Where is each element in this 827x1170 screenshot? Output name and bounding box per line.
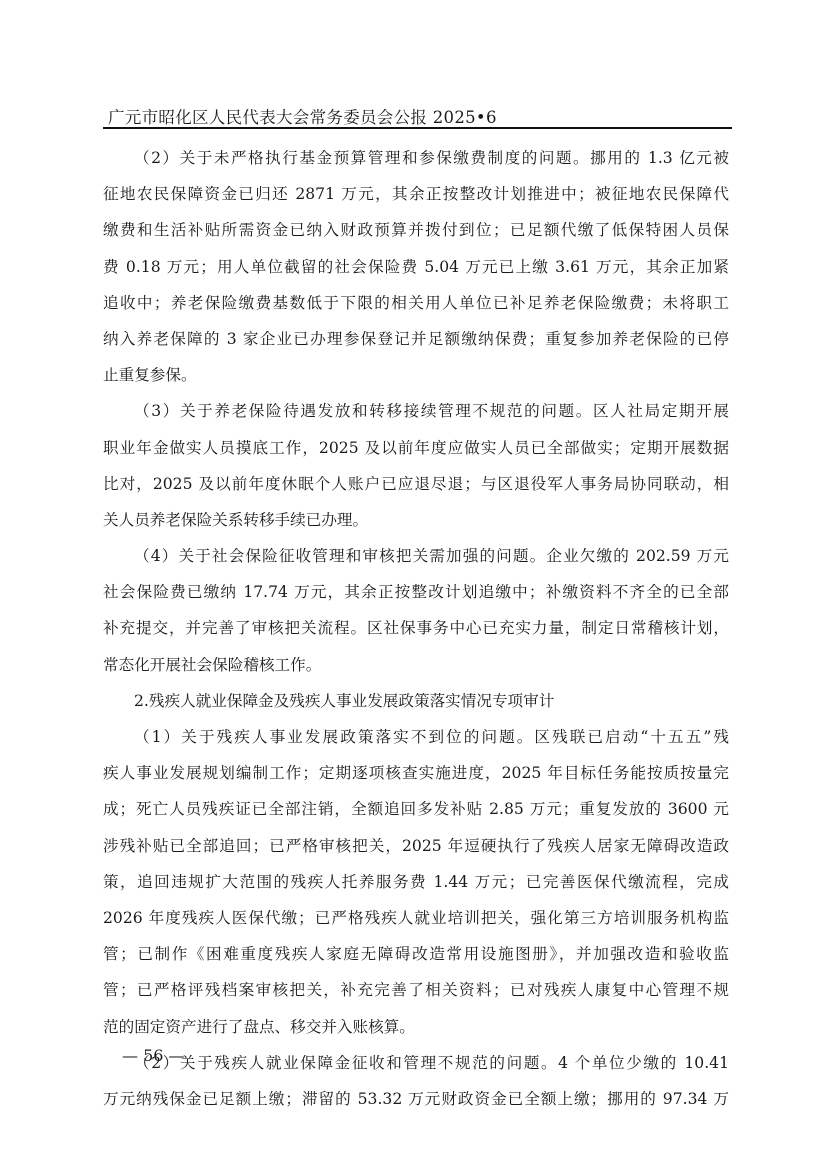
paragraph-disability-policy: （1）关于残疾人事业发展政策落实不到位的问题。区残联已启动“十五五”残 疾人事业… — [103, 719, 729, 1045]
text-line: 比对，2025 及以前年度休眠个人账户已应退尽退；与区退役军人事务局协同联动，相 — [103, 466, 729, 502]
text-line: （4）关于社会保险征收管理和审核把关需加强的问题。企业欠缴的 202.59 万元 — [103, 538, 729, 574]
text-line: 职业年金做实人员摸底工作，2025 及以前年度应做实人员已全部做实；定期开展数据 — [103, 430, 729, 466]
paragraph-pension-transfer: （3）关于养老保险待遇发放和转移接续管理不规范的问题。区人社局定期开展 职业年金… — [103, 393, 729, 538]
text-line: 涉残补贴已全部追回；已严格审核把关，2025 年逗硬执行了残疾人居家无障碍改造政 — [103, 828, 729, 864]
text-line: 常态化开展社会保险稽核工作。 — [103, 647, 729, 683]
text-line: 止重复参保。 — [103, 357, 729, 393]
text-line: 征地农民保障资金已归还 2871 万元，其余正按整改计划推进中；被征地农民保障代 — [103, 176, 729, 212]
text-line: 费 0.18 万元；用人单位截留的社会保险费 5.04 万元已上缴 3.61 万… — [103, 249, 729, 285]
page-number: — 56 — — [122, 1046, 185, 1065]
text-line: 策，追回违规扩大范围的残疾人托养服务费 1.44 万元；已完善医保代缴流程，完成 — [103, 864, 729, 900]
header-divider — [103, 127, 732, 129]
paragraph-social-insurance-collection: （4）关于社会保险征收管理和审核把关需加强的问题。企业欠缴的 202.59 万元… — [103, 538, 729, 683]
text-line: 范的固定资产进行了盘点、移交并入账核算。 — [103, 1009, 729, 1045]
text-line: 2026 年度残疾人医保代缴；已严格残疾人就业培训把关，强化第三方培训服务机构监 — [103, 900, 729, 936]
paragraph-disability-fund-collection: （2）关于残疾人就业保障金征收和管理不规范的问题。4 个单位少缴的 10.41 … — [103, 1045, 729, 1117]
section-heading-text: 2.残疾人就业保障金及残疾人事业发展政策落实情况专项审计 — [103, 683, 729, 719]
text-line: （3）关于养老保险待遇发放和转移接续管理不规范的问题。区人社局定期开展 — [103, 393, 729, 429]
text-line: （2）关于残疾人就业保障金征收和管理不规范的问题。4 个单位少缴的 10.41 — [103, 1045, 729, 1081]
text-line: （1）关于残疾人事业发展政策落实不到位的问题。区残联已启动“十五五”残 — [103, 719, 729, 755]
text-line: 补充提交，并完善了审核把关流程。区社保事务中心已充实力量，制定日常稽核计划， — [103, 610, 729, 646]
text-line: 万元纳残保金已足额上缴；滞留的 53.32 万元财政资金已全额上缴；挪用的 97… — [103, 1081, 729, 1117]
text-line: 疾人事业发展规划编制工作；定期逐项核查实施进度，2025 年目标任务能按质按量完 — [103, 755, 729, 791]
section-heading-disability-audit: 2.残疾人就业保障金及残疾人事业发展政策落实情况专项审计 — [103, 683, 729, 719]
bulletin-header-title: 广元市昭化区人民代表大会常务委员会公报 2025•6 — [108, 104, 497, 128]
document-body: （2）关于未严格执行基金预算管理和参保缴费制度的问题。挪用的 1.3 亿元被 征… — [103, 140, 729, 1117]
text-line: 管；已严格评残档案审核把关，补充完善了相关资料；已对残疾人康复中心管理不规 — [103, 972, 729, 1008]
paragraph-pension-fund-budget: （2）关于未严格执行基金预算管理和参保缴费制度的问题。挪用的 1.3 亿元被 征… — [103, 140, 729, 393]
text-line: 社会保险费已缴纳 17.74 万元，其余正按整改计划追缴中；补缴资料不齐全的已全… — [103, 574, 729, 610]
text-line: 关人员养老保险关系转移手续已办理。 — [103, 502, 729, 538]
text-line: 管；已制作《困难重度残疾人家庭无障碍改造常用设施图册》，并加强改造和验收监 — [103, 936, 729, 972]
text-line: 追收中；养老保险缴费基数低于下限的相关用人单位已补足养老保险缴费；未将职工 — [103, 285, 729, 321]
text-line: 成；死亡人员残疾证已全部注销，全额追回多发补贴 2.85 万元；重复发放的 36… — [103, 791, 729, 827]
text-line: （2）关于未严格执行基金预算管理和参保缴费制度的问题。挪用的 1.3 亿元被 — [103, 140, 729, 176]
text-line: 纳入养老保障的 3 家企业已办理参保登记并足额缴纳保费；重复参加养老保险的已停 — [103, 321, 729, 357]
text-line: 缴费和生活补贴所需资金已纳入财政预算并拨付到位；已足额代缴了低保特困人员保 — [103, 212, 729, 248]
